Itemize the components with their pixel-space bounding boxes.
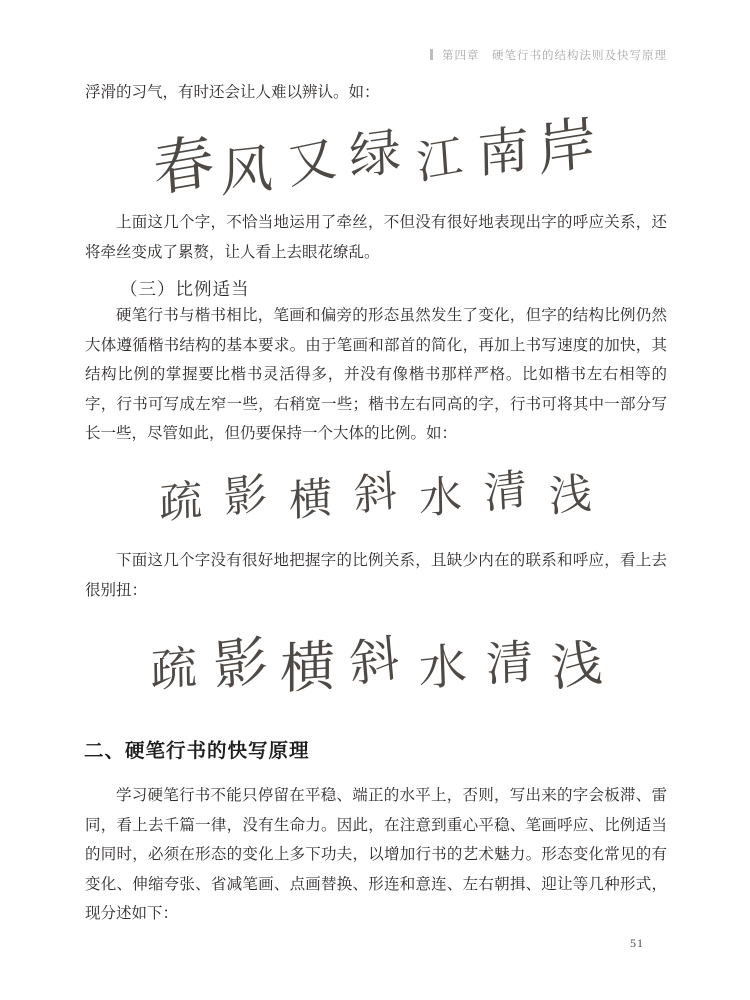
handwriting-char: 影 (211, 618, 270, 702)
text-line: 很别扭： (85, 576, 667, 606)
chapter-header-text: 第四章 硬笔行书的结构法则及快写原理 (442, 50, 667, 62)
page-number: 51 (630, 936, 644, 951)
text-line: 学习硬笔行书不能只停留在平稳、端正的水平上，否则，写出来的字会板滞、雷 (85, 781, 667, 811)
handwriting-char: 疏 (150, 631, 198, 701)
handwriting-char: 斜 (352, 457, 398, 523)
subsection-heading: （三）比例适当 (85, 277, 667, 301)
handwriting-char: 浅 (548, 459, 592, 524)
paragraph-commentary-2: 下面这几个字没有很好地把握字的比例关系，且缺少内在的联系和呼应，看上去 很别扭： (85, 546, 667, 605)
text-line: 上面这几个字，不恰当地运用了牵丝，不但没有很好地表现出字的呼应关系，还 (85, 208, 667, 238)
text-line: 现分述如下： (85, 899, 667, 929)
text-line: 变化、伸缩夸张、省减笔画、点画替换、形连和意连、左右朝揖、迎让等几种形式， (85, 870, 667, 900)
handwriting-char: 水 (417, 627, 468, 700)
paragraph-commentary-1: 上面这几个字，不恰当地运用了牵丝，不但没有很好地表现出字的呼应关系，还 将牵丝变… (85, 208, 667, 267)
handwriting-char: 横 (280, 623, 335, 705)
text-line: 的同时，必须在形态的变化上多下功夫，以增加行书的艺术魅力。形态变化常见的有 (85, 840, 667, 870)
text-line: 下面这几个字没有很好地把握字的比例关系，且缺少内在的联系和呼应，看上去 (85, 546, 667, 576)
handwriting-char: 风 (221, 126, 273, 206)
text-line: 将牵丝变成了累赘，让人看上去眼花缭乱。 (85, 238, 667, 268)
handwriting-char: 水 (418, 461, 462, 526)
handwriting-char: 疏 (158, 466, 202, 531)
running-header: 第四章 硬笔行书的结构法则及快写原理 (85, 47, 667, 63)
handwriting-char: 岸 (535, 96, 598, 188)
handwriting-char: 斜 (347, 619, 403, 697)
handwriting-char: 南 (477, 108, 530, 187)
text-line: 大体遵循楷书结构的基本要求。由于笔画和部首的简化，再加上书写速度的加快，其 (85, 331, 667, 361)
text-line: 结构比例的掌握要比楷书灵活得多，并没有像楷书那样严格。比如楷书左右相等的 (85, 360, 667, 390)
chapter-marker-bar-icon (430, 49, 433, 60)
text-line: 字，行书可写成左窄一些，右稍宽一些；楷书左右同高的字，行书可将其中一部分写 (85, 390, 667, 420)
paragraph-proportion: 硬笔行书与楷书相比，笔画和偏旁的形态虽然发生了变化，但字的结构比例仍然 大体遵循… (85, 301, 667, 449)
handwriting-sample-3: 疏 影 横 斜 水 清 浅 (100, 614, 650, 710)
handwriting-char: 清 (482, 455, 528, 521)
handwriting-char: 春 (150, 113, 216, 209)
handwriting-char: 影 (222, 459, 268, 525)
paragraph-quick-writing: 学习硬笔行书不能只停留在平稳、端正的水平上，否则，写出来的字会板滞、雷 同，看上… (85, 781, 667, 929)
handwriting-sample-2: 疏 影 横 斜 水 清 浅 (109, 445, 640, 540)
handwriting-char: 绿 (348, 110, 402, 190)
section-heading: 二、硬笔行书的快写原理 (84, 738, 666, 764)
handwriting-char: 江 (414, 119, 464, 192)
handwriting-char: 横 (288, 463, 332, 528)
text-line: 长一些，尽管如此，但仍要保持一个大体的比例。如： (85, 419, 667, 449)
handwriting-char: 清 (485, 624, 533, 695)
text-line: 同，看上去千篇一律，没有生命力。因此，在注意到重心平稳、笔画呼应、比例适当 (85, 811, 667, 841)
handwriting-char: 浅 (548, 622, 604, 701)
book-page: 第四章 硬笔行书的结构法则及快写原理 浮滑的习气，有时还会让人难以辨认。如： 春… (0, 0, 750, 1000)
handwriting-char: 又 (284, 119, 340, 197)
handwriting-sample-1: 春 风 又 绿 江 南 岸 (108, 91, 641, 213)
text-line: 硬笔行书与楷书相比，笔画和偏旁的形态虽然发生了变化，但字的结构比例仍然 (85, 301, 667, 331)
